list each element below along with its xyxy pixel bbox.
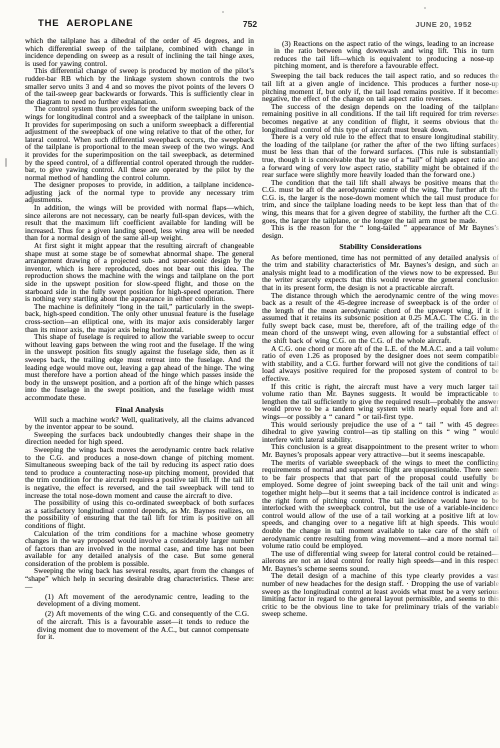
article-body: which the tailplane has a dihedral of th… (25, 37, 499, 643)
left-column: which the tailplane has a dihedral of th… (25, 37, 254, 643)
paragraph: The possibility of using this co-ordinat… (25, 499, 254, 529)
numbered-item-1: (1) Aft movement of the aerodynamic cent… (37, 593, 249, 608)
paragraph: In addition, the wings will be provided … (25, 204, 254, 242)
issue-date: JUNE 20, 1952 (416, 20, 472, 29)
paragraph: The detail design of a machine of this t… (262, 572, 499, 618)
paragraph: The control system thus provides for the… (25, 105, 254, 181)
paragraph: The use of differential wing sweep for l… (262, 550, 499, 573)
running-head: THE AEROPLANE 752 JUNE 20, 1952 (0, 16, 500, 30)
numbered-item-3: (3) Reactions on the aspect ratio of the… (274, 40, 494, 70)
paragraph: This differential change of sweep is pro… (25, 67, 254, 105)
scan-artifact (5, 158, 7, 167)
paragraph: The designer proposes to provide, in add… (25, 181, 254, 204)
paragraph: The success of the design depends on the… (262, 103, 499, 133)
paragraph: There is a very old rule to the effect t… (262, 133, 499, 179)
section-heading-stability-considerations: Stability Considerations (262, 243, 499, 251)
section-heading-final-analysis: Final Analysis (25, 406, 254, 414)
paragraph: Will such a machine work? Well, qualitat… (25, 416, 254, 431)
paragraph: Sweeping the wing back has several resul… (25, 567, 254, 590)
paragraph: Calculation of the trim conditions for a… (25, 530, 254, 568)
paragraph: This would seriously prejudice the use o… (262, 421, 499, 444)
right-column: (3) Reactions on the aspect ratio of the… (262, 37, 499, 643)
paragraph: The machine is definitely “long in the t… (25, 303, 254, 333)
scan-artifact (424, 7, 426, 9)
paragraph: The merits of variable sweepback of the … (262, 459, 499, 550)
paragraph: The distance through which the aerodynam… (262, 292, 499, 345)
paragraph: This conclusion is a great disappointmen… (262, 443, 499, 458)
paragraph: At first sight it might appear that the … (25, 242, 254, 303)
paragraph: As before mentioned, time has not permit… (262, 254, 499, 292)
paragraph: Sweeping the wings back moves the aerody… (25, 446, 254, 499)
paragraph: Sweeping the surfaces back undoubtedly c… (25, 431, 254, 446)
paragraph: The condition that the tail lift shall a… (262, 179, 499, 225)
magazine-page: THE AEROPLANE 752 JUNE 20, 1952 which th… (0, 0, 500, 748)
numbered-item-2: (2) Aft movements of the wing C.G. and c… (37, 610, 249, 640)
paragraph: A C.G. one chord or more aft of the L.E.… (262, 345, 499, 383)
paragraph: which the tailplane has a dihedral of th… (25, 37, 254, 67)
paragraph: Sweeping the tail back reduces the tail … (262, 72, 499, 102)
paragraph: This is the reason for the “ long-tailed… (262, 224, 499, 239)
scan-artifact (222, 11, 224, 13)
paragraph: If this critic is right, the aircraft mu… (262, 383, 499, 421)
paragraph: This shape of fuselage is required to al… (25, 333, 254, 401)
